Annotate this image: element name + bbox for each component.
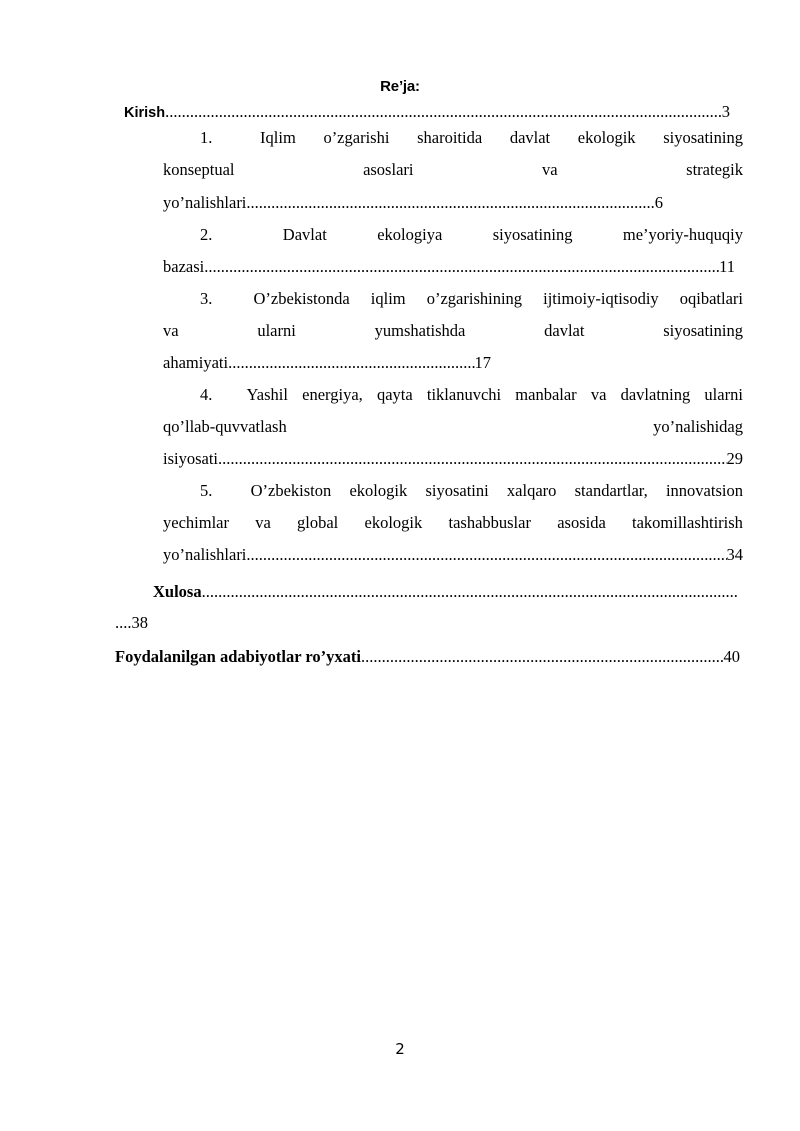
word: yo’nalishidag <box>653 417 743 437</box>
word: energiya, <box>302 385 363 405</box>
word: me’yoriy-huquqiy <box>623 225 743 245</box>
word: davlat <box>544 321 584 341</box>
word: siyosatini <box>425 481 488 501</box>
word: ijtimoiy-iqtisodiy <box>543 289 659 309</box>
word: yumshatishda <box>375 321 466 341</box>
word: siyosatining <box>493 225 573 245</box>
toc-label: Kirish <box>124 103 165 123</box>
toc-entry-4-line-3: isiyosati29 <box>163 449 743 469</box>
word: siyosatining <box>663 321 743 341</box>
toc-entry-5-line-2: yechimlarvaglobalekologiktashabbuslaraso… <box>163 513 743 533</box>
word: asoslari <box>363 160 413 180</box>
dot-leader <box>361 647 723 667</box>
toc-label: Xulosa <box>153 582 202 602</box>
word: tashabbuslar <box>448 513 530 533</box>
word: o’zgarishi <box>323 128 389 148</box>
word: yechimlar <box>163 513 229 533</box>
word: iqlim <box>371 289 406 309</box>
word: strategik <box>686 160 743 180</box>
word: innovatsion <box>666 481 743 501</box>
word: xalqaro <box>507 481 556 501</box>
word: ularni <box>257 321 296 341</box>
toc-page: 3 <box>722 102 730 122</box>
word: qo’llab-quvvatlash <box>163 417 287 437</box>
toc-entry-1-line-1[interactable]: 1.Iqlimo’zgarishisharoitidadavlatekologi… <box>163 128 743 148</box>
toc-entry-5-line-3: yo’nalishlari34 <box>163 545 743 565</box>
word: sharoitida <box>417 128 482 148</box>
toc-entry-conclusion[interactable]: Xulosa <box>153 582 739 602</box>
toc-page-conclusion: ....38 <box>115 613 148 633</box>
toc-entry-intro[interactable]: Kirish 3 <box>124 102 730 123</box>
toc-number: 3. <box>163 289 212 309</box>
word: va <box>542 160 558 180</box>
word: ekologik <box>349 481 407 501</box>
word: O’zbekiston <box>251 481 332 501</box>
word: global <box>297 513 338 533</box>
word: manbalar <box>515 385 576 405</box>
word: takomillashtirish <box>632 513 743 533</box>
word: ekologik <box>365 513 423 533</box>
word: va <box>255 513 271 533</box>
toc-entry-1-line-2: konseptualasoslarivastrategik <box>163 160 743 180</box>
dot-leader <box>165 102 722 122</box>
toc-entry-2-line-2: bazasi11 <box>163 257 735 277</box>
word: oqibatlari <box>680 289 743 309</box>
toc-entry-2-line-1[interactable]: 2.Davlatekologiyasiyosatiningme’yoriy-hu… <box>163 225 743 245</box>
page-number: 2 <box>0 1040 800 1058</box>
word: standartlar, <box>575 481 648 501</box>
toc-entry-4-line-2: qo’llab-quvvatlashyo’nalishidag <box>163 417 743 437</box>
word: Yashil <box>247 385 288 405</box>
word: konseptual <box>163 160 235 180</box>
toc-number: 2. <box>163 225 212 245</box>
toc-entry-4-line-1[interactable]: 4.Yashilenergiya,qaytatiklanuvchimanbala… <box>163 385 743 405</box>
word: Davlat <box>283 225 327 245</box>
toc-number: 5. <box>163 481 212 501</box>
toc-page: 40 <box>724 647 741 667</box>
word: davlat <box>510 128 550 148</box>
word: ekologik <box>578 128 636 148</box>
toc-entry-3-line-2: vaularniyumshatishdadavlatsiyosatining <box>163 321 743 341</box>
word: tiklanuvchi <box>427 385 501 405</box>
toc-entry-1-line-3: yo’nalishlari6 <box>163 193 663 213</box>
word: ekologiya <box>377 225 442 245</box>
word: siyosatining <box>663 128 743 148</box>
page-title: Re’ja: <box>0 78 800 95</box>
word: qayta <box>377 385 413 405</box>
word: Iqlim <box>260 128 296 148</box>
toc-number: 1. <box>163 128 212 148</box>
word: va <box>591 385 607 405</box>
word: va <box>163 321 179 341</box>
dot-leader <box>202 582 739 602</box>
word: davlatning <box>621 385 691 405</box>
word: ularni <box>704 385 743 405</box>
toc-entry-3-line-1[interactable]: 3.O’zbekistondaiqlimo’zgarishiningijtimo… <box>163 289 743 309</box>
toc-entry-references[interactable]: Foydalanilgan adabiyotlar ro’yxati 40 <box>115 647 740 667</box>
word: O’zbekistonda <box>253 289 349 309</box>
toc-entry-5-line-1[interactable]: 5.O’zbekistonekologiksiyosatinixalqarost… <box>163 481 743 501</box>
word: o’zgarishining <box>427 289 522 309</box>
toc-label: Foydalanilgan adabiyotlar ro’yxati <box>115 647 361 667</box>
toc-number: 4. <box>163 385 212 405</box>
toc-entry-3-line-3: ahamiyati17 <box>163 353 491 373</box>
word: asosida <box>557 513 606 533</box>
